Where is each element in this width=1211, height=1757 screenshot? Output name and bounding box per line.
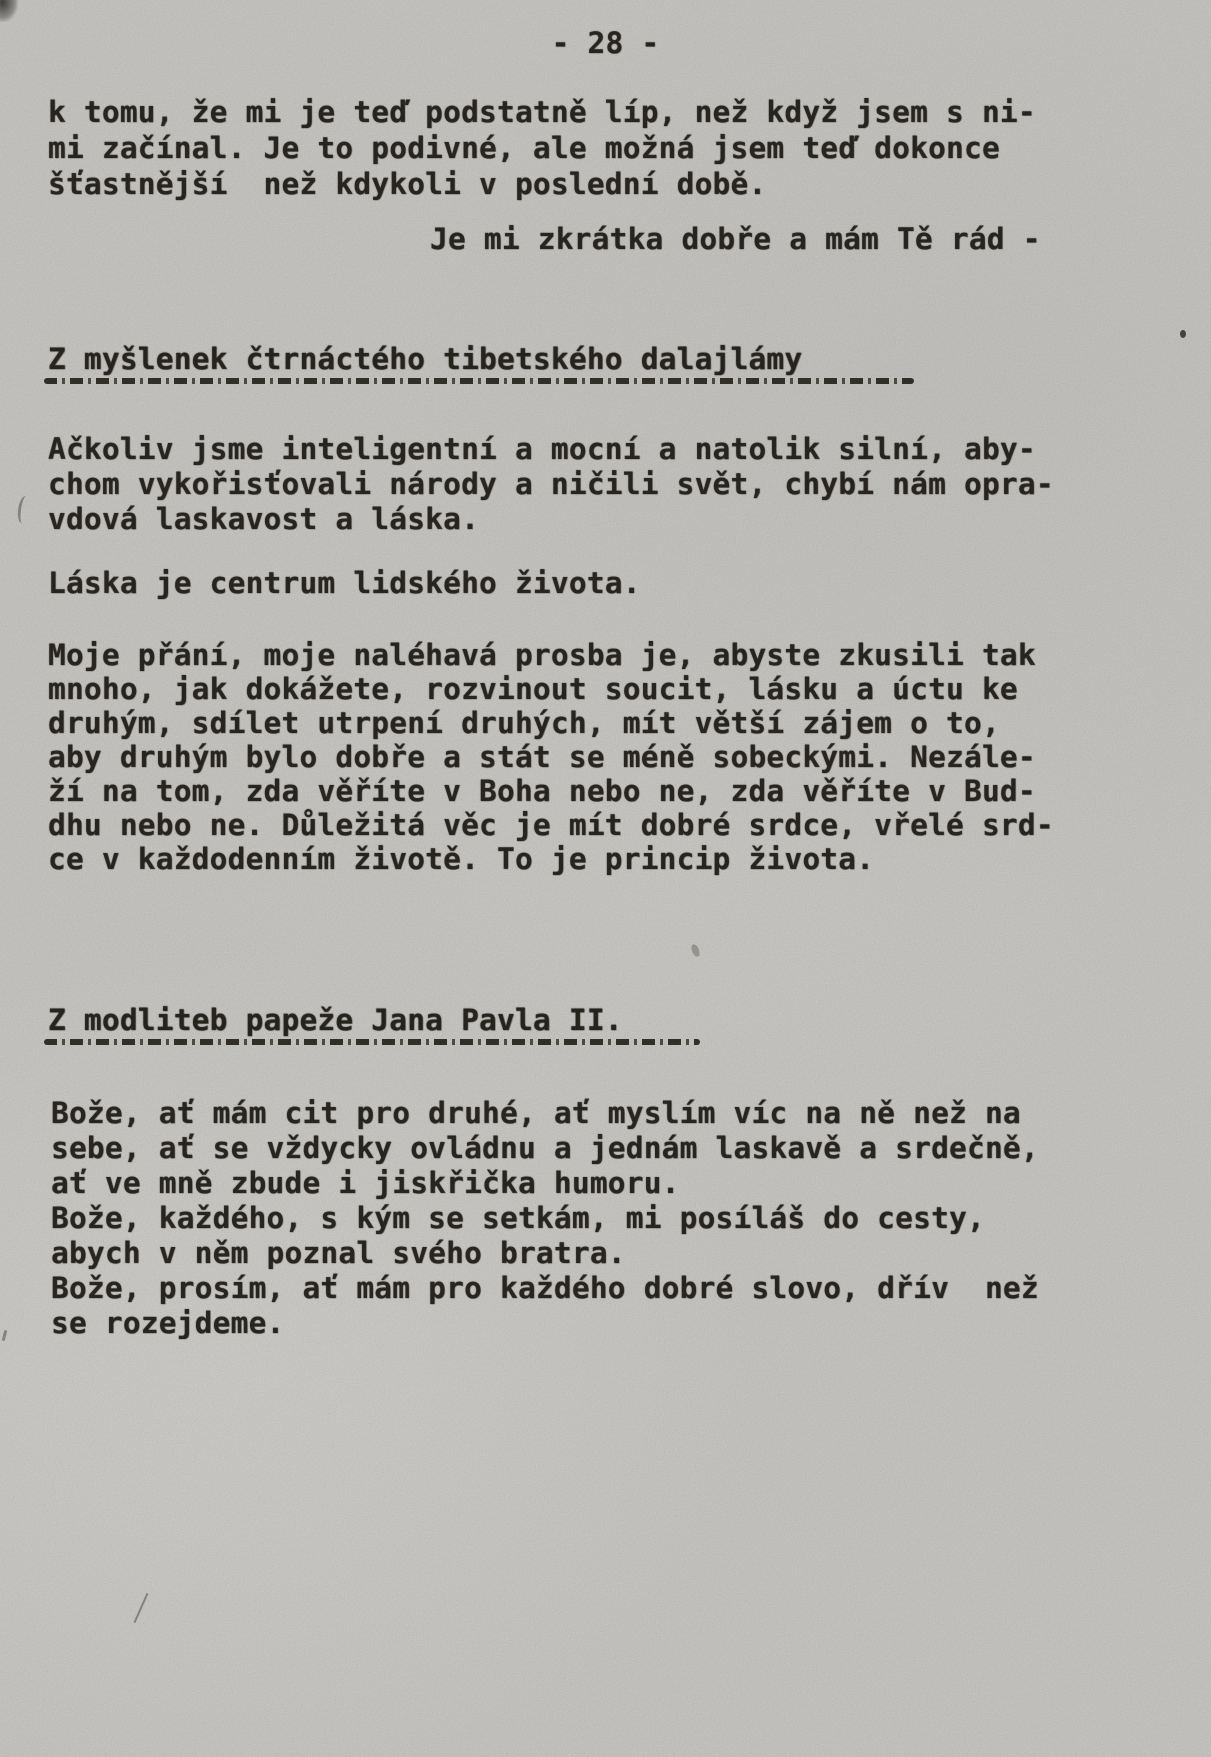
section-heading-dalai-lama: Z myšlenek čtrnáctého tibetského dalajlá… [48,342,802,377]
text-line: Moje přání, moje naléhavá prosba je, aby… [48,638,1054,672]
text-line: ať ve mně zbude i jiskřička humoru. [51,1166,1039,1201]
text-line: Bože, ať mám cit pro druhé, ať myslím ví… [51,1096,1039,1131]
dalai-paragraph-2: Láska je centrum lidského života. [48,566,641,601]
text-line: chom vykořisťovali národy a ničili svět,… [48,467,1054,502]
paper-scratch [134,1593,149,1623]
text-line: vdová laskavost a láska. [48,502,1054,537]
text-line: ce v každodenním životě. To je princip ž… [48,842,1054,876]
dalai-paragraph-1: Ačkoliv jsme inteligentní a mocní a nato… [48,432,1054,537]
text-line: sebe, ať se vždycky ovládnu a jednám las… [51,1131,1039,1166]
text-line: dhu nebo ne. Důležitá věc je mít dobré s… [48,808,1054,842]
ink-smudge [0,0,18,22]
heading-dashed-underline [44,378,914,384]
text-line: Bože, každého, s kým se setkám, mi posíl… [51,1201,1039,1236]
section-heading-pope: Z modliteb papeže Jana Pavla II. [48,1003,623,1038]
intro-paragraph: k tomu, že mi je teď podstatně líp, než … [48,94,1036,202]
text-line: aby druhým bylo dobře a stát se méně sob… [48,740,1054,774]
heading-text: Z modliteb papeže Jana Pavla II. [48,1003,623,1038]
text-line: se rozejdeme. [51,1306,1039,1341]
paper-speck [2,1330,8,1341]
text-line: Láska je centrum lidského života. [48,566,641,601]
heading-text: Z myšlenek čtrnáctého tibetského dalajlá… [48,342,802,377]
text-line: mnoho, jak dokážete, rozvinout soucit, l… [48,672,1054,706]
stray-pen-mark [16,495,35,525]
text-line: šťastnější než kdykoli v poslední době. [48,166,1036,202]
paper-speck [1180,330,1186,338]
text-line: abych v něm poznal svého bratra. [51,1236,1039,1271]
dalai-paragraph-3: Moje přání, moje naléhavá prosba je, aby… [48,638,1054,876]
pope-prayer-paragraph: Bože, ať mám cit pro druhé, ať myslím ví… [51,1096,1039,1341]
text-line: ží na tom, zda věříte v Boha nebo ne, zd… [48,774,1054,808]
text-line: druhým, sdílet utrpení druhých, mít větš… [48,706,1054,740]
paper-speck [690,943,701,958]
scanned-typewritten-page: - 28 - k tomu, že mi je teď podstatně lí… [0,0,1211,1757]
intro-closing-line: Je mi zkrátka dobře a mám Tě rád - [430,222,1041,257]
text-line: Ačkoliv jsme inteligentní a mocní a nato… [48,432,1054,467]
text-line: k tomu, že mi je teď podstatně líp, než … [48,94,1036,130]
text-line: mi začínal. Je to podivné, ale možná jse… [48,130,1036,166]
paper-grain-texture [0,0,1211,1757]
heading-dashed-underline [44,1039,700,1045]
text-line: Bože, prosím, ať mám pro každého dobré s… [51,1271,1039,1306]
page-number: - 28 - [0,26,1211,61]
